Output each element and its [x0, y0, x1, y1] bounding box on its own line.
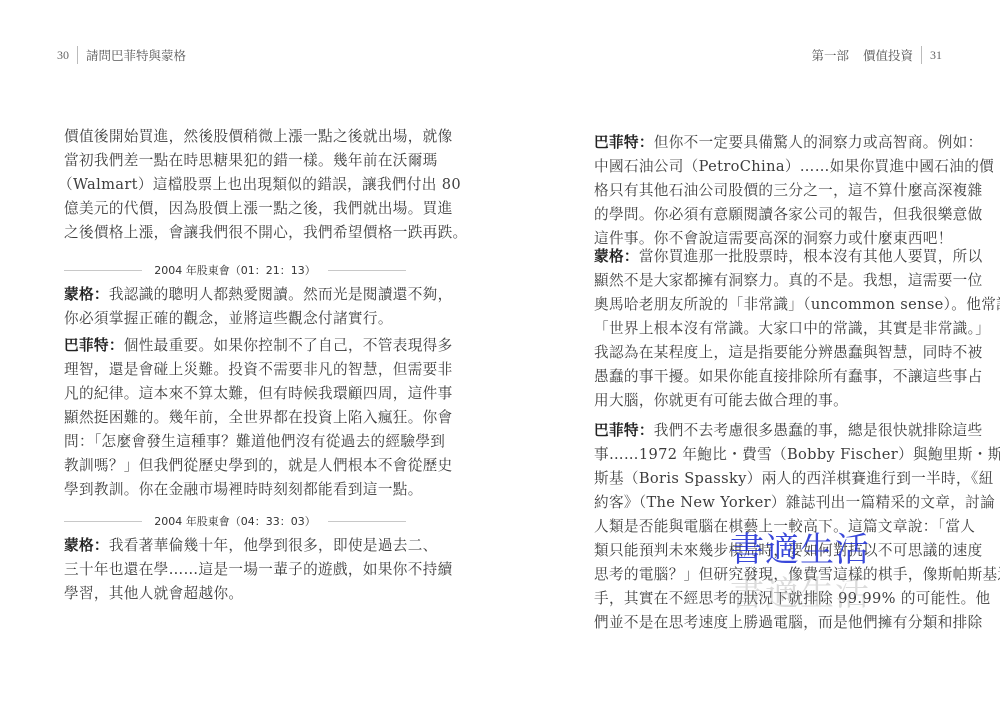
text-line: 當初我們差一點在時思糖果犯的錯一樣。幾年前在沃爾瑪 — [64, 149, 438, 173]
speaker-label: 巴菲特： — [594, 134, 654, 151]
text-line: 教訓嗎？」但我們從歷史學到的，就是人們根本不會從歷史 — [64, 454, 453, 478]
text-line: 用大腦，你就更有可能去做合理的事。 — [594, 389, 848, 413]
section-divider: 2004 年股東會（01：21：13） — [64, 260, 406, 280]
text-line: 問：「怎麼會發生這種事？難道他們沒有從過去的經驗學到 — [64, 430, 445, 454]
text-line: 巴菲特：個性最重要。如果你控制不了自己，不管表現得多 — [64, 334, 453, 358]
text-line: 巴菲特：我們不去考慮很多愚蠢的事，總是很快就排除這些 — [594, 419, 983, 443]
page-number: 31 — [930, 48, 942, 63]
divider-rule — [64, 270, 142, 271]
line-text: 個性最重要。如果你控制不了自己，不管表現得多 — [124, 337, 453, 354]
text-line: 之後價格上漲，會讓我們很不開心，我們希望價格一跌再跌。 — [64, 221, 467, 245]
text-line: 你必須掌握正確的觀念，並將這些觀念付諸實行。 — [64, 307, 393, 331]
section-divider: 2004 年股東會（04：33：03） — [64, 511, 406, 531]
text-line: 凡的紀律。這本來不算太難，但有時候我環顧四周，這件事 — [64, 382, 453, 406]
text-line: 顯然挺困難的。幾年前，全世界都在投資上陷入瘋狂。你會 — [64, 406, 453, 430]
text-line: 學習，其他人就會超越你。 — [64, 582, 243, 606]
text-line: （Walmart）這檔股票上也出現類似的錯誤，讓我們付出 80 — [58, 173, 461, 197]
speaker-label: 蒙格： — [594, 248, 639, 265]
line-text: 我認識的聰明人都熱愛閱讀。然而光是閱讀還不夠， — [109, 286, 453, 303]
section-timestamp: 2004 年股東會（01：21：13） — [142, 262, 327, 278]
text-line: 巴菲特：但你不一定要具備驚人的洞察力或高智商。例如： — [594, 131, 983, 155]
left-page: 30 請問巴菲特與蒙格 價值後開始買進，然後股價稍微上漲一點之後就出場，就像 當… — [0, 0, 495, 701]
text-line: 「世界上根本沒有常識。大家口中的常識，其實是非常識。」 — [594, 317, 990, 341]
line-text: 我們不去考慮很多愚蠢的事，總是很快就排除這些 — [654, 422, 983, 439]
line-text: 當你買進那一批股票時，根本沒有其他人要買，所以 — [639, 248, 983, 265]
text-line: 顯然不是大家都擁有洞察力。真的不是。我想，這需要一位 — [594, 269, 983, 293]
text-line: 斯基（Boris Spassky）兩人的西洋棋賽進行到一半時，《紐 — [594, 467, 994, 491]
text-line: 億美元的代價，因為股價上漲一點之後，我們就出場。買進 — [64, 197, 453, 221]
text-line: 事……1972 年鮑比・費雪（Bobby Fischer）與鮑里斯・斯帕 — [594, 443, 1000, 467]
part-title: 價值投資 — [863, 46, 913, 64]
line-text: 但你不一定要具備驚人的洞察力或高智商。例如： — [654, 134, 983, 151]
text-line: 蒙格：我認識的聰明人都熱愛閱讀。然而光是閱讀還不夠， — [64, 283, 453, 307]
section-timestamp: 2004 年股東會（04：33：03） — [142, 513, 327, 529]
text-line: 格只有其他石油公司股價的三分之一，這不算什麼高深複雜 — [594, 179, 983, 203]
right-running-head: 第一部 價值投資 31 — [811, 46, 942, 64]
watermark: 書適生活 — [730, 522, 870, 571]
divider-rule — [328, 270, 406, 271]
speaker-label: 蒙格： — [64, 537, 109, 554]
text-line: 約客》（The New Yorker）雜誌刊出一篇精采的文章，討論 — [594, 491, 995, 515]
text-line: 愚蠢的事干擾。如果你能直接排除所有蠢事，不讓這些事占 — [594, 365, 983, 389]
text-line: 價值後開始買進，然後股價稍微上漲一點之後就出場，就像 — [64, 125, 453, 149]
text-line: 蒙格：我看著華倫幾十年，他學到很多，即使是過去二、 — [64, 534, 438, 558]
text-line: 蒙格：當你買進那一批股票時，根本沒有其他人要買，所以 — [594, 245, 983, 269]
speaker-label: 蒙格： — [64, 286, 109, 303]
speaker-label: 巴菲特： — [64, 337, 124, 354]
text-line: 三十年也還在學……這是一場一輩子的遊戲，如果你不持續 — [64, 558, 453, 582]
text-line: 的學問。你必須有意願閱讀各家公司的報告，但我很樂意做 — [594, 203, 983, 227]
divider-rule — [328, 521, 406, 522]
text-line: 學到教訓。你在金融市場裡時時刻刻都能看到這一點。 — [64, 478, 423, 502]
page-number: 30 — [57, 48, 69, 63]
text-line: 奧馬哈老朋友所說的「非常識」（uncommon sense）。他常說： — [594, 293, 1000, 317]
text-line: 我認為在某程度上，這是指要能分辨愚蠢與智慧，同時不被 — [594, 341, 983, 365]
part-label: 第一部 — [811, 46, 849, 64]
header-separator — [77, 46, 78, 64]
divider-rule — [64, 521, 142, 522]
header-separator — [921, 46, 922, 64]
text-line: 理智，還是會碰上災難。投資不需要非凡的智慧，但需要非 — [64, 358, 453, 382]
watermark-ghost: 書適生活 — [730, 566, 870, 615]
left-running-head: 30 請問巴菲特與蒙格 — [57, 46, 186, 64]
speaker-label: 巴菲特： — [594, 422, 654, 439]
line-text: 我看著華倫幾十年，他學到很多，即使是過去二、 — [109, 537, 438, 554]
book-title: 請問巴菲特與蒙格 — [86, 46, 186, 64]
text-line: 中國石油公司（PetroChina）……如果你買進中國石油的價 — [594, 155, 994, 179]
